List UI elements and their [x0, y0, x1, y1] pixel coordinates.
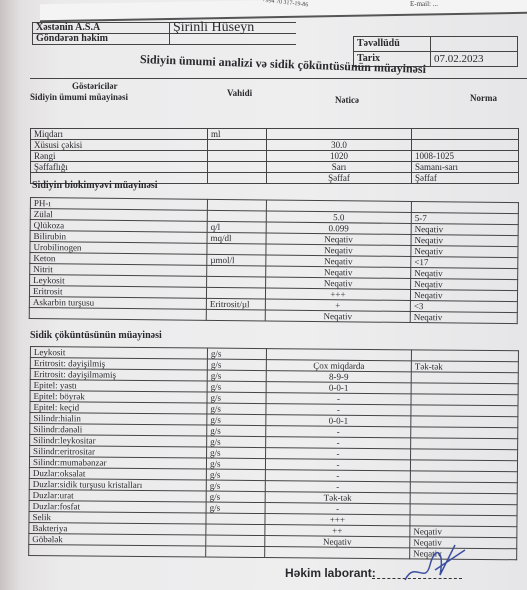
cell-unit: g/s [207, 436, 266, 448]
cell-unit [207, 243, 266, 255]
cell-name: Epitel: yastı [30, 380, 207, 393]
cell-unit [207, 276, 266, 288]
patient-label: Xəstənin A.S.A [33, 23, 170, 34]
cell-unit: µmol/l [207, 254, 266, 266]
cell-name: Leykosit [30, 347, 207, 360]
cell-unit: mq/dl [207, 232, 266, 244]
cell-norm: Neqativ [410, 526, 517, 538]
referring-doctor-label: Göndərən həkim [33, 34, 170, 45]
col-norm: Norma [470, 93, 497, 103]
cell-norm: Şəffaf [412, 173, 519, 184]
cell-name: Silindr:leykositar [30, 435, 207, 448]
cell-norm: Neqativ [411, 267, 518, 279]
col-indicators: Göstəricilər [72, 81, 117, 91]
cell-result: Şəffaf [267, 173, 412, 184]
cell-name: Silindr:dənəli [30, 424, 207, 437]
cell-unit: g/s [207, 381, 266, 393]
cell-norm: <17 [411, 256, 518, 268]
cell-name: Şəffaflığı [31, 162, 208, 173]
date-value: 07.02.2023 [431, 52, 518, 67]
cell-unit: g/s [206, 458, 265, 470]
cell-unit: g/s [207, 447, 266, 459]
cell-unit [207, 199, 266, 211]
section-biochem-title: Sidiyin biokimyəvi müayinəsi [32, 180, 158, 191]
cell-name: Rəngi [31, 151, 208, 162]
cell-unit [207, 265, 266, 277]
cell-unit: g/s [207, 348, 266, 360]
cell-result [267, 129, 412, 140]
cell-norm [410, 482, 517, 494]
cell-norm: Neqativ [411, 234, 518, 246]
cell-result [265, 547, 410, 559]
cell-norm: 1008-1025 [412, 151, 519, 162]
cell-name: Eritrosit: dəyişilmiş [30, 358, 207, 371]
cell-unit: g/s [207, 403, 266, 415]
cell-norm: Neqativ [411, 278, 518, 290]
patient-info-table: Xəstənin A.S.A Şirinli Hüseyn Göndərən h… [32, 22, 296, 45]
cell-name: Duzlar:sidik turşusu kristalları [29, 478, 206, 491]
cell-unit: g/s [206, 491, 265, 503]
cell-name: Duzlar:urat [29, 489, 206, 502]
cell-name: Silindr:mumabənzər [29, 457, 206, 470]
cell-unit [208, 162, 267, 173]
cell-name: Bakteriya [29, 522, 206, 535]
cell-unit [206, 513, 265, 525]
cell-norm: Neqativ [411, 223, 518, 235]
cell-unit: ml [208, 129, 267, 140]
cell-name: Xüsusi çəkisi [31, 140, 208, 151]
cell-result: Neqativ [265, 310, 410, 323]
section-sediment-title: Sidik çöküntüsünün müayinəsi [30, 330, 162, 341]
cell-unit [207, 210, 266, 222]
signature-scribble-icon [395, 540, 475, 590]
cell-norm [410, 471, 517, 483]
lab-report-sheet: +994 70 317-19-86 E-mail: ... Xəstənin A… [0, 0, 527, 590]
cell-name: Duzlar:fosfat [29, 500, 206, 513]
cell-name [29, 307, 206, 320]
section-general-title: Sidiyin ümumi müayinəsi [30, 92, 128, 102]
cell-norm [411, 350, 518, 362]
cell-name: Silindr:hialin [30, 413, 207, 426]
cell-unit [206, 546, 265, 558]
email-label: E-mail: ... [410, 0, 438, 8]
cell-norm [411, 449, 518, 461]
col-result: Nəticə [335, 95, 359, 105]
cell-unit [206, 535, 265, 547]
cell-unit: g/s [207, 359, 266, 371]
general-exam-table: MiqdarımlXüsusi çəkisi30.0Rəngi10201008-… [30, 128, 519, 184]
cell-result: Sarı [267, 162, 412, 173]
cell-result: 1020 [267, 151, 412, 162]
cell-norm [412, 140, 519, 151]
cell-name: Epitel: böyrək [30, 391, 207, 404]
cell-unit: g/s [207, 414, 266, 426]
cell-unit: Eritrosit/µl [206, 298, 265, 310]
cell-name: Epitel: keçid [30, 402, 207, 415]
cell-unit: g/s [207, 425, 266, 437]
cell-norm: Neqativ [410, 289, 517, 301]
cell-unit: g/s [206, 469, 265, 481]
table-row: Xüsusi çəkisi30.0 [31, 140, 519, 151]
cell-norm [412, 129, 519, 140]
cell-unit [206, 524, 265, 536]
cell-name: Silindr:eritrositar [30, 446, 207, 459]
cell-norm [410, 493, 517, 505]
cell-norm: Samanı-sarı [412, 162, 519, 173]
cell-norm: Neqativ [410, 311, 517, 323]
col-unit: Vahidi [227, 88, 252, 98]
cell-name: Eritrosit: dəyişilməmiş [30, 369, 207, 382]
cell-unit: q/l [207, 221, 266, 233]
cell-name: Göbələk [29, 533, 206, 546]
table-row: ŞəffaflığıSarıSamanı-sarı [31, 162, 519, 173]
sediment-exam-table: Leykositg/sEritrosit: dəyişilmişg/sÇox m… [28, 346, 519, 560]
cell-unit: g/s [207, 370, 266, 382]
cell-unit: g/s [206, 480, 265, 492]
cell-norm: Neqativ [411, 245, 518, 257]
cell-norm [410, 504, 517, 516]
column-header: Göstəricilər Sidiyin ümumi müayinəsi Vah… [30, 78, 527, 107]
cell-unit [206, 309, 265, 321]
cell-unit: g/s [206, 502, 265, 514]
cell-norm [410, 460, 517, 472]
cell-name [29, 544, 206, 557]
cell-result: 30.0 [267, 140, 412, 151]
birth-value [431, 37, 518, 52]
cell-name: Duzlar:oksalat [29, 467, 206, 480]
cell-norm [410, 515, 517, 527]
table-row: Miqdarıml [31, 129, 519, 140]
patient-name: Şirinli Hüseyn [170, 23, 297, 34]
biochem-exam-table: PH-ıZülal5.05-7Qlükozaq/l0.099NeqativBil… [29, 197, 519, 324]
birth-label: Təvəllüdü [354, 37, 431, 52]
cell-unit [208, 151, 267, 162]
cell-unit [206, 287, 265, 299]
cell-norm: Tək-tək [411, 361, 518, 373]
cell-unit [208, 173, 267, 184]
table-row: Rəngi10201008-1025 [31, 151, 519, 162]
signature-label: Həkim laborant: [285, 566, 376, 580]
cell-name: Miqdarı [31, 129, 208, 140]
referring-doctor-value [170, 34, 297, 45]
cell-unit: g/s [207, 392, 266, 404]
cell-unit [208, 140, 267, 151]
